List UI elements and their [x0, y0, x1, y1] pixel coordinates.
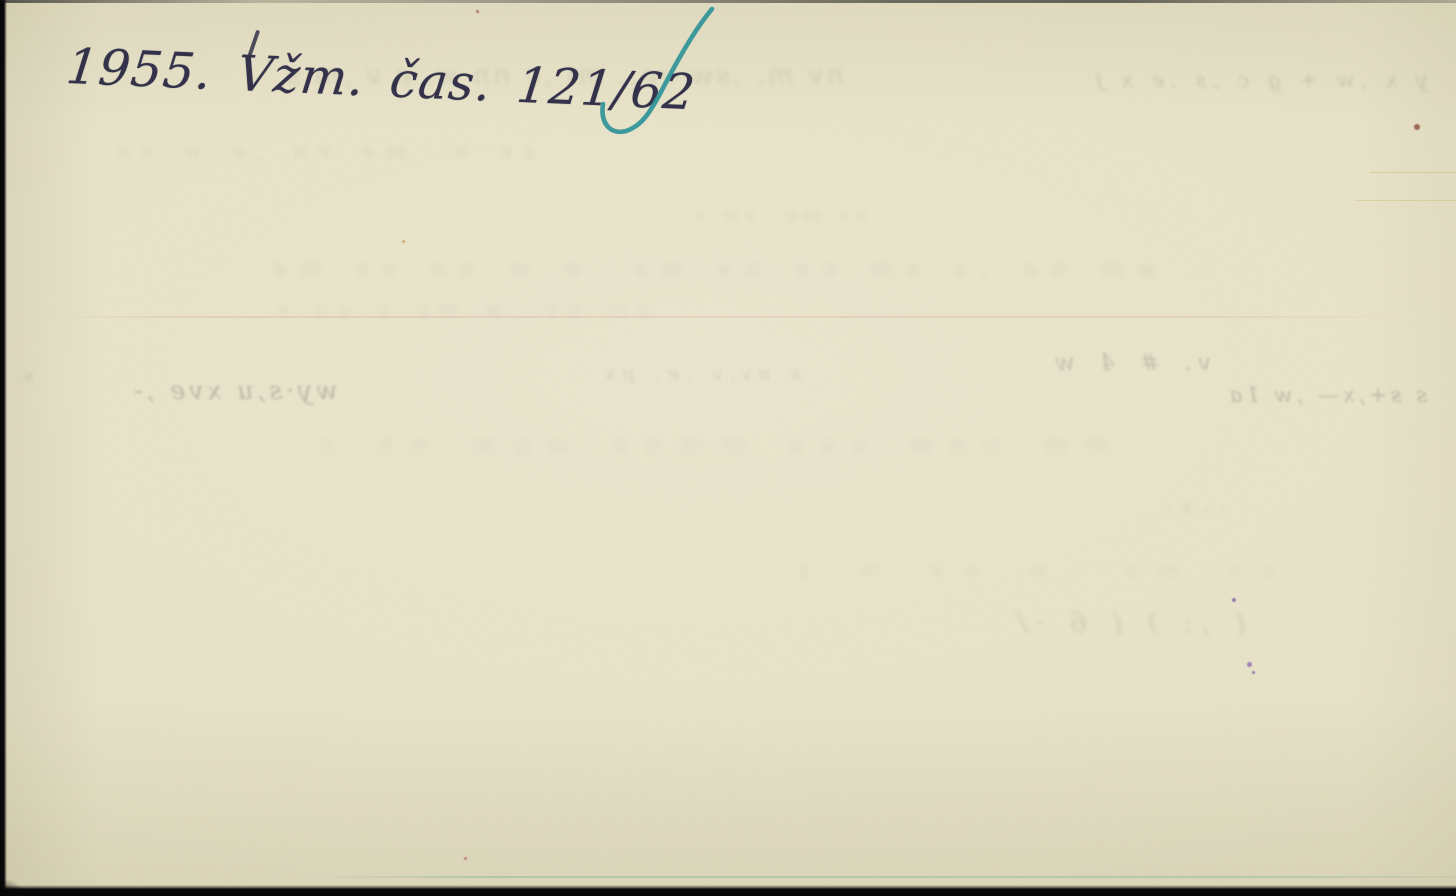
- bleedthrough-smudge: s nv.v ,e. px: [598, 363, 801, 385]
- ink-speck: [464, 857, 467, 860]
- bleedthrough-smudge: s s+,x— ,w 1a: [1226, 383, 1427, 407]
- scanned-card: nv m. ,sw ve.. mi ,c nn w. e v ,m sy x ,…: [0, 0, 1456, 896]
- scan-edge-bottom: [0, 885, 1456, 896]
- check-tick-icon: [588, 2, 720, 144]
- annotation-text: 1955. Vžm. čas. 121/62: [64, 38, 699, 121]
- ruled-line-green: [310, 876, 1456, 878]
- bleedthrough-smudge: ( ,: ) ( 6 ·/: [1010, 606, 1246, 639]
- bleedthrough-smudge: sm nv ,w me c vn s: [268, 298, 649, 322]
- bleedthrough-smudge: y x ,w + g c ,s .e x j: [1090, 68, 1428, 92]
- ink-speck: [1232, 598, 1236, 602]
- bleedthrough-smudge: se n. me vn ,e w sn: [104, 139, 535, 163]
- ink-speck: [476, 10, 479, 13]
- bleedthrough-smudge: s,: [14, 364, 34, 386]
- bleedthrough-smudge: . , y .: [1163, 496, 1226, 516]
- scan-edge-left: [0, 0, 7, 896]
- ruled-line-pink: [40, 316, 1420, 318]
- ink-speck: [1247, 662, 1252, 667]
- check-tick-path: [603, 9, 712, 132]
- bleedthrough-smudge: nv me ,sw e: [688, 204, 868, 226]
- ink-speck: [402, 240, 405, 243]
- bleedthrough-smudge: mm nnw vvs mmne wum nn s: [303, 430, 1109, 459]
- ruled-line-yellow: [1355, 200, 1456, 201]
- ink-speck: [1414, 124, 1420, 130]
- ruled-line-yellow: [1370, 172, 1456, 173]
- bleedthrough-smudge: nv m. ,sw ve.. mi ,c nn w. e v ,m s: [283, 60, 844, 91]
- scan-edge-top: [0, 0, 1456, 3]
- bleedthrough-smudge: v. # 4 w: [1046, 350, 1211, 376]
- bleedthrough-smudge: wy·s,u xve ,-: [130, 376, 338, 405]
- ink-speck: [1252, 671, 1255, 674]
- paper-grain-texture: [0, 0, 1456, 896]
- bleedthrough-smudge: nv ms ,w ne m s: [776, 558, 1277, 582]
- accent-stroke: [245, 30, 260, 63]
- bleedthrough-layer: nv m. ,sw ve.. mi ,c nn w. e v ,m sy x ,…: [0, 0, 1456, 896]
- handwritten-annotation: 1955. Vžm. čas. 121/62: [64, 38, 699, 121]
- scan-edge-corner: [0, 878, 26, 896]
- bleedthrough-smudge: wm ne ,v sm ce nv ms ,e w nn vs me: [258, 256, 1157, 282]
